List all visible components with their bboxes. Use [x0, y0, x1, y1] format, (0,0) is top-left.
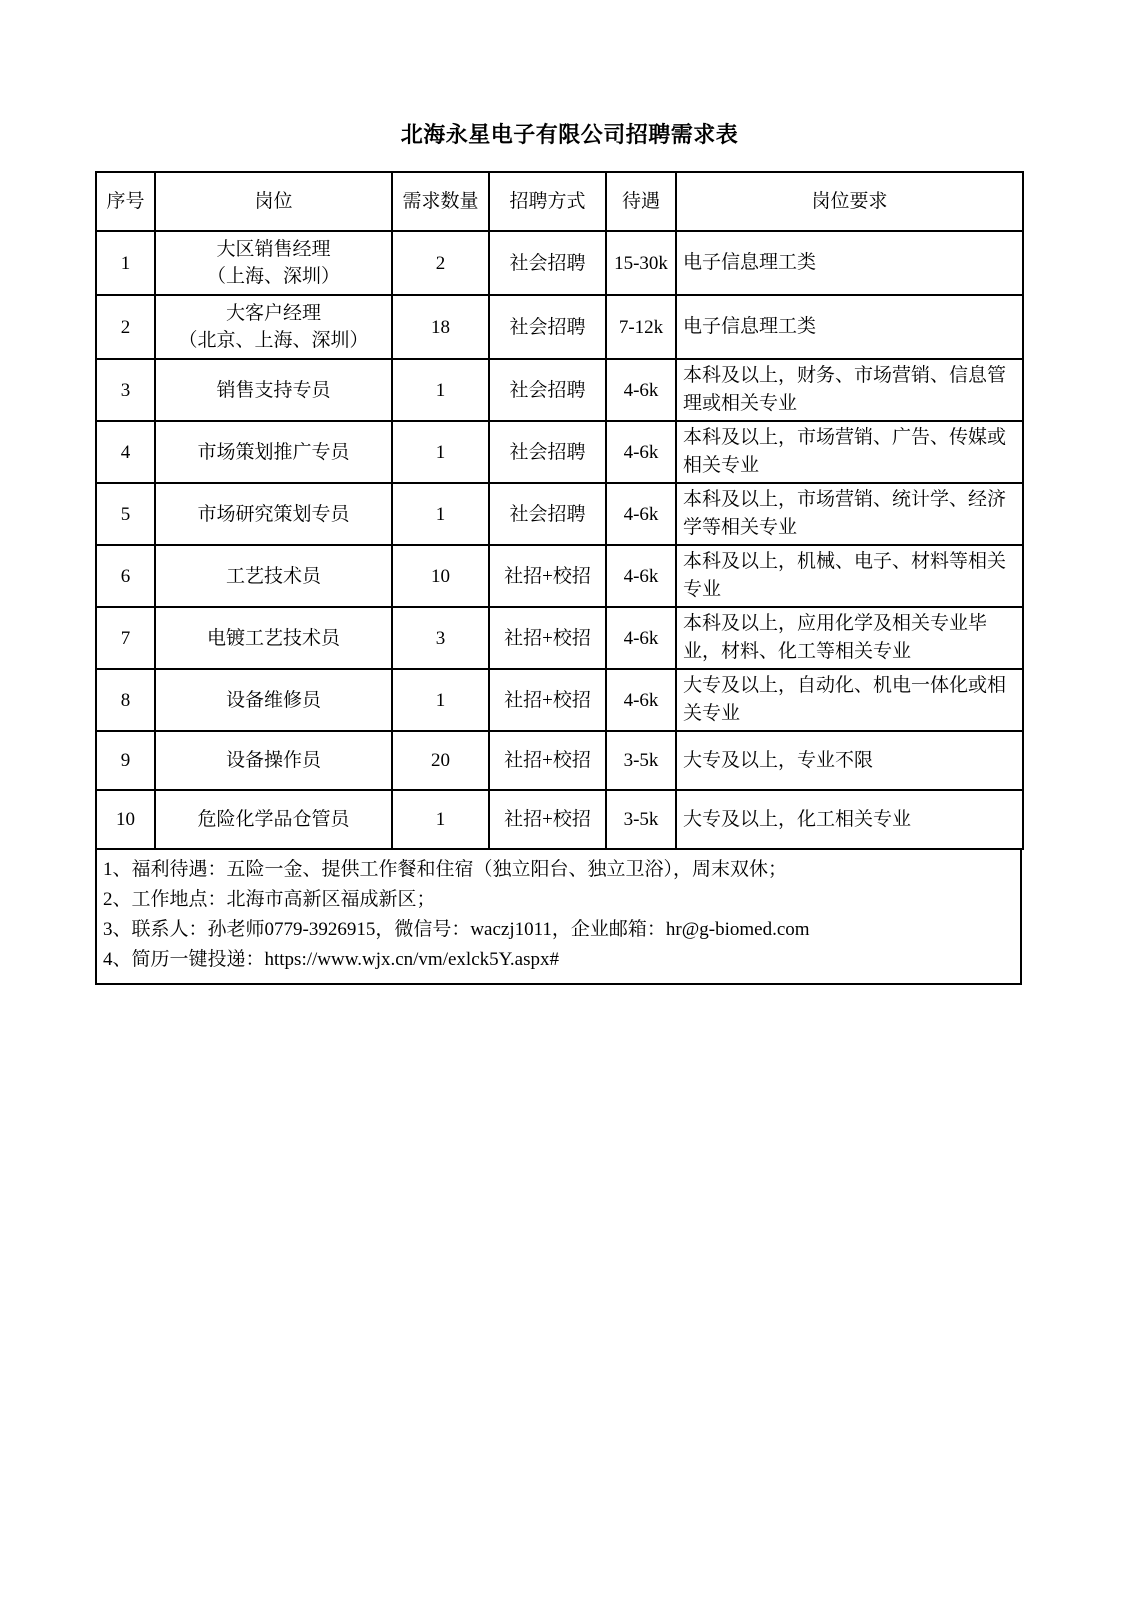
- column-header-requirements: 岗位要求: [676, 172, 1023, 231]
- headcount-cell: 1: [392, 669, 489, 731]
- headcount-cell: 18: [392, 295, 489, 359]
- requirements-cell: 本科及以上，应用化学及相关专业毕业，材料、化工等相关专业: [676, 607, 1023, 669]
- headcount-cell: 1: [392, 790, 489, 849]
- seq-cell: 7: [96, 607, 155, 669]
- table-row: 2 大客户经理 （北京、上海、深圳） 18 社会招聘 7-12k 电子信息理工类: [96, 295, 1023, 359]
- note-line-location: 2、工作地点：北海市高新区福成新区；: [103, 885, 1014, 915]
- requirements-cell: 电子信息理工类: [676, 231, 1023, 295]
- table-row: 8 设备维修员 1 社招+校招 4-6k 大专及以上，自动化、机电一体化或相关专…: [96, 669, 1023, 731]
- table-row: 6 工艺技术员 10 社招+校招 4-6k 本科及以上，机械、电子、材料等相关专…: [96, 545, 1023, 607]
- column-header-position: 岗位: [155, 172, 392, 231]
- method-cell: 社招+校招: [489, 790, 606, 849]
- position-cell: 设备操作员: [155, 731, 392, 790]
- note-line-resume-url: 4、简历一键投递：https://www.wjx.cn/vm/exlck5Y.a…: [103, 945, 1014, 975]
- position-cell: 销售支持专员: [155, 359, 392, 421]
- requirements-cell: 大专及以上，专业不限: [676, 731, 1023, 790]
- note-line-contact: 3、联系人：孙老师0779-3926915，微信号：waczj1011，企业邮箱…: [103, 915, 1014, 945]
- method-cell: 社会招聘: [489, 421, 606, 483]
- table-row: 5 市场研究策划专员 1 社会招聘 4-6k 本科及以上，市场营销、统计学、经济…: [96, 483, 1023, 545]
- salary-cell: 4-6k: [606, 545, 676, 607]
- requirements-cell: 电子信息理工类: [676, 295, 1023, 359]
- notes-box: 1、福利待遇：五险一金、提供工作餐和住宿（独立阳台、独立卫浴），周末双休； 2、…: [95, 850, 1022, 985]
- method-cell: 社招+校招: [489, 731, 606, 790]
- method-cell: 社会招聘: [489, 231, 606, 295]
- column-header-salary: 待遇: [606, 172, 676, 231]
- document-page: 北海永星电子有限公司招聘需求表 序号 岗位 需求数量 招聘方式 待遇 岗位要求 …: [0, 0, 1139, 1611]
- position-cell: 市场策划推广专员: [155, 421, 392, 483]
- headcount-cell: 3: [392, 607, 489, 669]
- headcount-cell: 2: [392, 231, 489, 295]
- salary-cell: 3-5k: [606, 731, 676, 790]
- headcount-cell: 20: [392, 731, 489, 790]
- seq-cell: 3: [96, 359, 155, 421]
- seq-cell: 2: [96, 295, 155, 359]
- page-title: 北海永星电子有限公司招聘需求表: [0, 0, 1139, 149]
- headcount-cell: 1: [392, 359, 489, 421]
- headcount-cell: 1: [392, 421, 489, 483]
- recruitment-table: 序号 岗位 需求数量 招聘方式 待遇 岗位要求 1 大区销售经理 （上海、深圳）…: [95, 171, 1024, 850]
- position-cell: 大区销售经理 （上海、深圳）: [155, 231, 392, 295]
- position-cell: 市场研究策划专员: [155, 483, 392, 545]
- method-cell: 社招+校招: [489, 607, 606, 669]
- method-cell: 社招+校招: [489, 545, 606, 607]
- header-row: 序号 岗位 需求数量 招聘方式 待遇 岗位要求: [96, 172, 1023, 231]
- salary-cell: 4-6k: [606, 359, 676, 421]
- salary-cell: 15-30k: [606, 231, 676, 295]
- method-cell: 社会招聘: [489, 483, 606, 545]
- note-line-benefits: 1、福利待遇：五险一金、提供工作餐和住宿（独立阳台、独立卫浴），周末双休；: [103, 855, 1014, 885]
- seq-cell: 8: [96, 669, 155, 731]
- table-row: 9 设备操作员 20 社招+校招 3-5k 大专及以上，专业不限: [96, 731, 1023, 790]
- salary-cell: 4-6k: [606, 421, 676, 483]
- table-row: 1 大区销售经理 （上海、深圳） 2 社会招聘 15-30k 电子信息理工类: [96, 231, 1023, 295]
- method-cell: 社招+校招: [489, 669, 606, 731]
- seq-cell: 1: [96, 231, 155, 295]
- requirements-cell: 本科及以上，市场营销、统计学、经济学等相关专业: [676, 483, 1023, 545]
- requirements-cell: 大专及以上，自动化、机电一体化或相关专业: [676, 669, 1023, 731]
- column-header-seq: 序号: [96, 172, 155, 231]
- position-cell: 工艺技术员: [155, 545, 392, 607]
- requirements-cell: 本科及以上，财务、市场营销、信息管理或相关专业: [676, 359, 1023, 421]
- seq-cell: 5: [96, 483, 155, 545]
- headcount-cell: 10: [392, 545, 489, 607]
- requirements-cell: 大专及以上，化工相关专业: [676, 790, 1023, 849]
- headcount-cell: 1: [392, 483, 489, 545]
- seq-cell: 6: [96, 545, 155, 607]
- table-row: 7 电镀工艺技术员 3 社招+校招 4-6k 本科及以上，应用化学及相关专业毕业…: [96, 607, 1023, 669]
- position-cell: 设备维修员: [155, 669, 392, 731]
- position-cell: 大客户经理 （北京、上海、深圳）: [155, 295, 392, 359]
- position-cell: 危险化学品仓管员: [155, 790, 392, 849]
- table-row: 4 市场策划推广专员 1 社会招聘 4-6k 本科及以上，市场营销、广告、传媒或…: [96, 421, 1023, 483]
- column-header-method: 招聘方式: [489, 172, 606, 231]
- table-row: 10 危险化学品仓管员 1 社招+校招 3-5k 大专及以上，化工相关专业: [96, 790, 1023, 849]
- salary-cell: 4-6k: [606, 483, 676, 545]
- salary-cell: 4-6k: [606, 607, 676, 669]
- seq-cell: 10: [96, 790, 155, 849]
- salary-cell: 4-6k: [606, 669, 676, 731]
- salary-cell: 7-12k: [606, 295, 676, 359]
- column-header-headcount: 需求数量: [392, 172, 489, 231]
- position-cell: 电镀工艺技术员: [155, 607, 392, 669]
- table-row: 3 销售支持专员 1 社会招聘 4-6k 本科及以上，财务、市场营销、信息管理或…: [96, 359, 1023, 421]
- seq-cell: 9: [96, 731, 155, 790]
- requirements-cell: 本科及以上，市场营销、广告、传媒或相关专业: [676, 421, 1023, 483]
- salary-cell: 3-5k: [606, 790, 676, 849]
- requirements-cell: 本科及以上，机械、电子、材料等相关专业: [676, 545, 1023, 607]
- method-cell: 社会招聘: [489, 359, 606, 421]
- seq-cell: 4: [96, 421, 155, 483]
- method-cell: 社会招聘: [489, 295, 606, 359]
